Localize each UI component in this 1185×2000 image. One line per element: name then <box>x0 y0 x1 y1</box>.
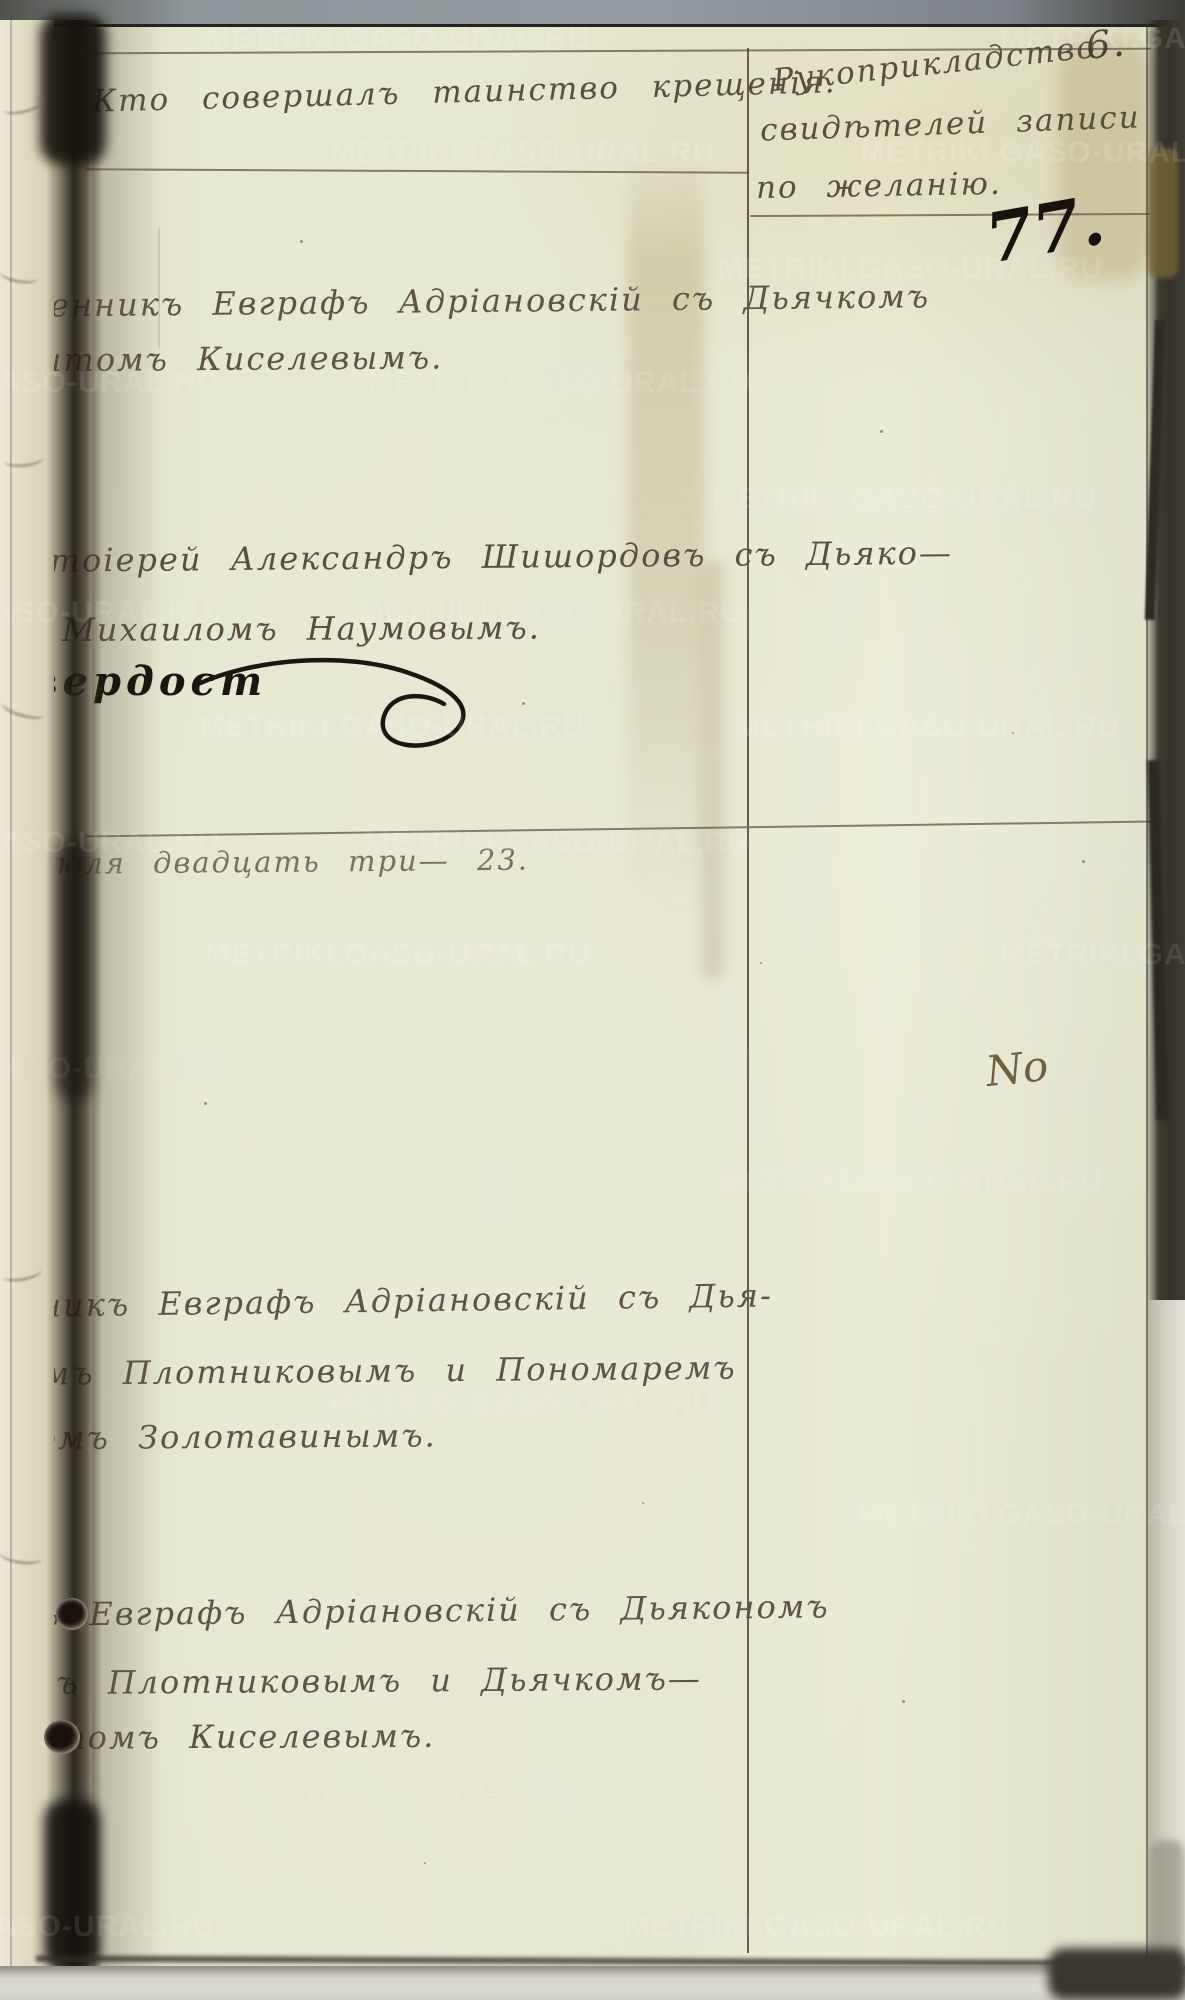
watermark-text: METRIKI.GASO-URAL.RU <box>368 366 753 400</box>
torn-edge-lower-smudge <box>1150 1840 1184 1960</box>
gutter-dark-bottom <box>44 1800 100 1970</box>
scan-edge-bottom-right-blob <box>1048 1948 1185 2000</box>
watermark-text: METRIKI.GASO-URAL.RU <box>358 596 743 630</box>
watermark-text: METRIKI.GASO-URAL.RU <box>0 1052 225 1086</box>
paper-hole-2 <box>44 1720 80 1754</box>
document-scan: Кто совершалъ таинство крещенія. Рукопри… <box>0 0 1185 2000</box>
watermark-text: METRIKI.GASO-URAL.RU <box>0 596 213 630</box>
watermark-text: METRIKI.GASO-URAL.RU <box>205 22 590 56</box>
watermark-text: METRIKI.GASO-URAL.RU <box>330 1388 715 1422</box>
watermark-text: METRIKI.GASO-URAL.RU <box>858 1498 1185 1532</box>
watermark-text: METRIKI.GASO-URAL.RU <box>718 252 1103 286</box>
adjacent-page-edge-line <box>10 20 12 1980</box>
watermark-text: METRIKI.GASO-URAL.RU <box>1000 22 1185 56</box>
watermark-text: METRIKI.GASO-URAL.RU <box>1000 938 1185 972</box>
watermark-layer: METRIKI.GASO-URAL.RUMETRIKI.GASO-URAL.RU… <box>0 0 1185 2000</box>
watermark-text: METRIKI.GASO-URAL.RU <box>735 710 1120 744</box>
watermark-text: METRIKI.GASO-URAL.RU <box>860 136 1185 170</box>
watermark-text: METRIKI.GASO-URAL.RU <box>625 1910 1010 1944</box>
watermark-text: METRIKI.GASO-URAL.RU <box>200 710 585 744</box>
scan-edge-bottom <box>0 1966 1185 2000</box>
watermark-text: METRIKI.GASO-URAL.RU <box>0 366 220 400</box>
watermark-text: METRIKI.GASO-URAL.RU <box>255 1776 640 1810</box>
watermark-text: METRIKI.GASO-URAL.RU <box>365 826 750 860</box>
watermark-text: METRIKI.GASO-URAL.RU <box>0 826 220 860</box>
watermark-text: METRIKI.GASO-URAL.RU <box>330 136 715 170</box>
watermark-text: METRIKI.GASO-URAL.RU <box>712 482 1097 516</box>
watermark-text: METRIKI.GASO-URAL.RU <box>0 1910 215 1944</box>
watermark-text: METRIKI.GASO-URAL.RU <box>205 938 590 972</box>
paper-hole-1 <box>56 1598 88 1630</box>
watermark-text: METRIKI.GASO-URAL.RU <box>718 1166 1103 1200</box>
gutter-dark-top <box>40 14 106 164</box>
